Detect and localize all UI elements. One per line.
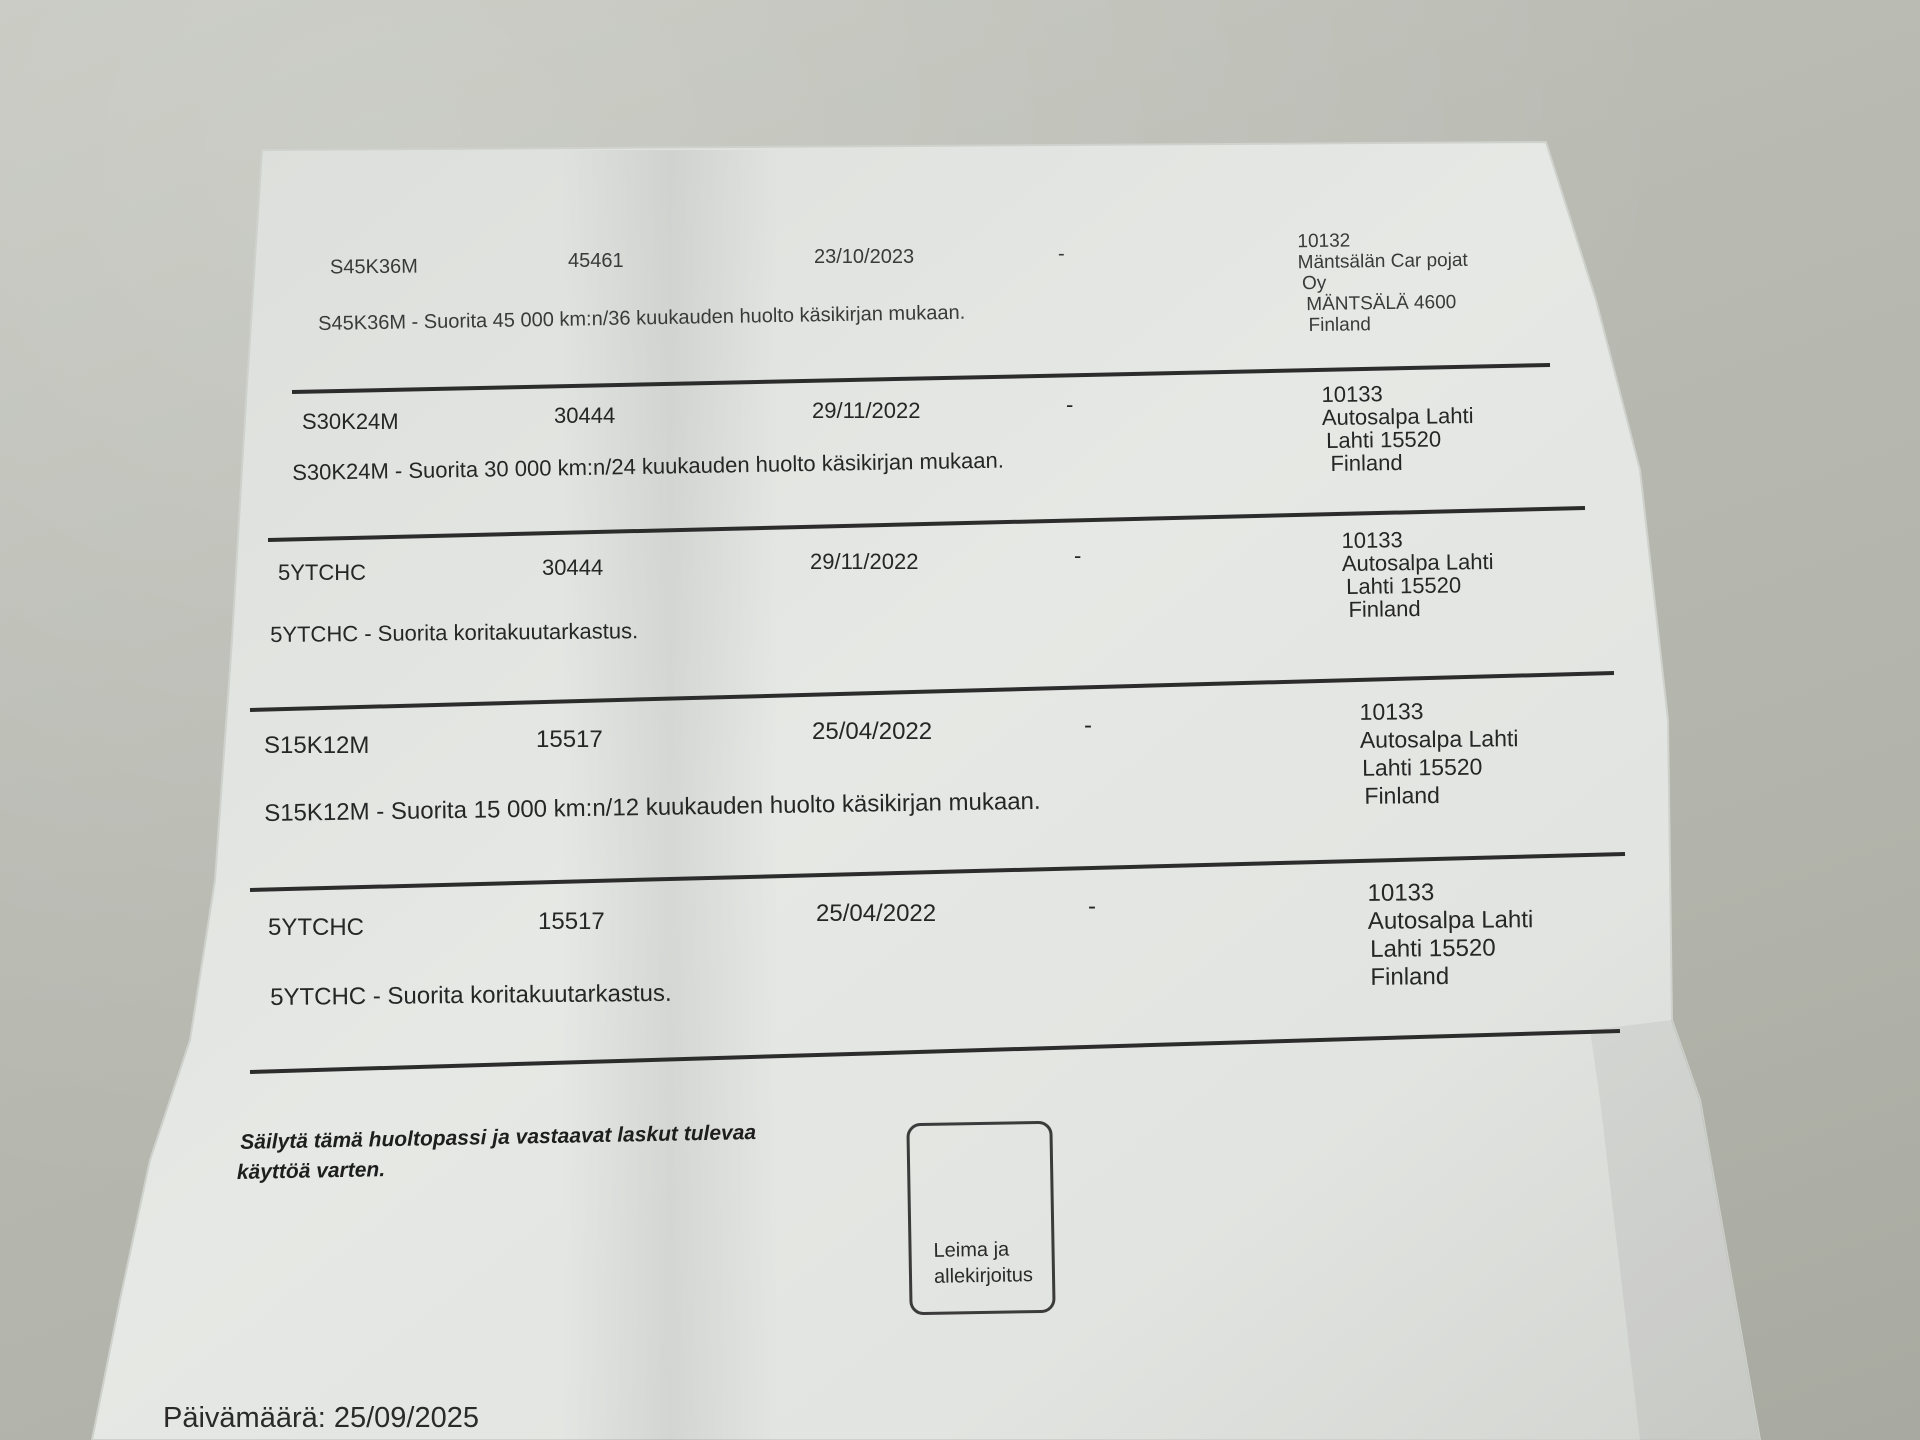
workshop-country: Finland (1298, 313, 1468, 336)
workshop-id: 10133 (1367, 878, 1533, 908)
workshop-name: Autosalpa Lahti (1368, 906, 1534, 936)
workshop-address: 10133 Autosalpa Lahti Lahti 15520 Finlan… (1367, 878, 1534, 992)
service-code: S45K36M (330, 256, 418, 280)
stamp-signature-box: Leima ja allekirjoitus (906, 1121, 1055, 1316)
workshop-city: Lahti 15520 (1342, 573, 1494, 598)
workshop-name: Autosalpa Lahti (1360, 724, 1519, 754)
workshop-name: Autosalpa Lahti (1322, 404, 1474, 429)
retention-note: Säilytä tämä huoltopassi ja vastaavat la… (236, 1118, 757, 1188)
workshop-name: Mäntsälän Car pojat (1298, 250, 1468, 273)
workshop-address: 10133 Autosalpa Lahti Lahti 15520 Finlan… (1359, 696, 1519, 810)
workshop-city: Lahti 15520 (1368, 934, 1534, 964)
service-code: 5YTCHC (278, 560, 366, 586)
workshop-address: 10132 Mäntsälän Car pojat Oy MÄNTSÄLÄ 46… (1297, 229, 1468, 336)
dash-placeholder: - (1058, 243, 1065, 266)
service-description: 5YTCHC - Suorita koritakuutarkastus. (270, 618, 638, 648)
workshop-country: Finland (1322, 450, 1474, 475)
service-code: 5YTCHC (268, 914, 364, 942)
workshop-country: Finland (1342, 596, 1494, 621)
workshop-address: 10133 Autosalpa Lahti Lahti 15520 Finlan… (1321, 381, 1474, 475)
service-code: S30K24M (302, 409, 399, 435)
document-date: Päivämäärä: 25/09/2025 (163, 1402, 479, 1435)
service-description: S30K24M - Suorita 30 000 km:n/24 kuukaud… (292, 448, 1004, 486)
service-date: 25/04/2022 (816, 900, 936, 928)
dash-placeholder: - (1066, 392, 1073, 418)
workshop-id: 10132 (1297, 229, 1467, 252)
service-date: 29/11/2022 (810, 549, 918, 575)
mileage: 45461 (568, 250, 624, 273)
workshop-name-cont: Oy (1298, 271, 1468, 294)
service-description: S45K36M - Suorita 45 000 km:n/36 kuukaud… (318, 302, 965, 336)
workshop-city: Lahti 15520 (1322, 427, 1474, 452)
workshop-country: Finland (1368, 962, 1534, 992)
service-code: S15K12M (264, 732, 369, 760)
workshop-city: Lahti 15520 (1360, 752, 1519, 782)
dash-placeholder: - (1074, 543, 1081, 569)
mileage: 30444 (554, 403, 615, 429)
dash-placeholder: - (1084, 712, 1092, 740)
service-date: 23/10/2023 (814, 246, 914, 269)
mileage: 15517 (538, 908, 605, 936)
dash-placeholder: - (1088, 893, 1096, 921)
workshop-country: Finland (1360, 780, 1519, 810)
service-description: S15K12M - Suorita 15 000 km:n/12 kuukaud… (264, 788, 1041, 828)
service-date: 25/04/2022 (812, 718, 932, 746)
stamp-signature-label: Leima ja allekirjoitus (933, 1236, 1033, 1290)
service-description: 5YTCHC - Suorita koritakuutarkastus. (270, 980, 672, 1012)
workshop-id: 10133 (1359, 696, 1518, 726)
workshop-address: 10133 Autosalpa Lahti Lahti 15520 Finlan… (1341, 527, 1494, 621)
workshop-city: MÄNTSÄLÄ 4600 (1298, 292, 1468, 315)
mileage: 30444 (542, 555, 603, 581)
mileage: 15517 (536, 726, 603, 754)
workshop-name: Autosalpa Lahti (1342, 550, 1494, 575)
service-date: 29/11/2022 (812, 398, 920, 424)
